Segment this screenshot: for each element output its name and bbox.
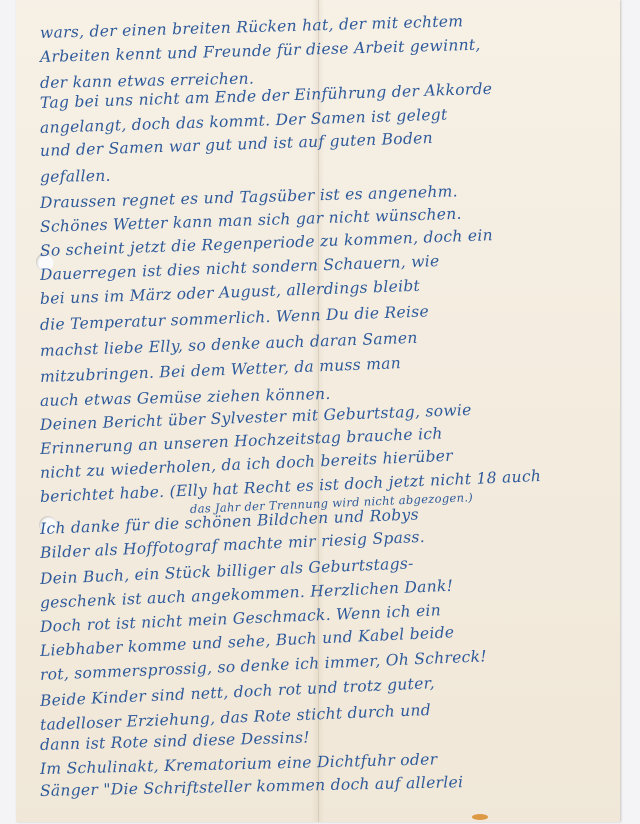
- handwritten-line: gefallen.: [40, 167, 111, 186]
- ink-stain: [472, 814, 488, 820]
